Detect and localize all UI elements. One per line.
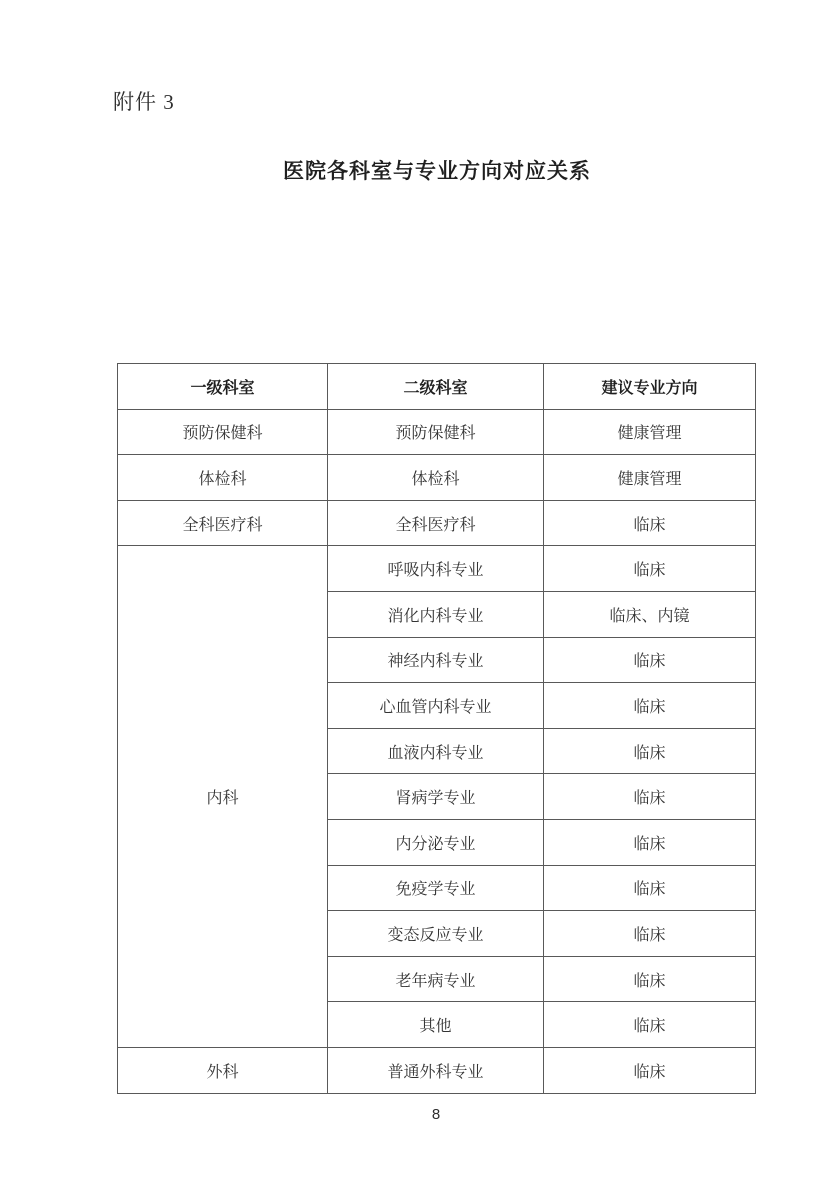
table-row: 全科医疗科 全科医疗科 临床: [118, 500, 756, 546]
table-cell-dept2: 肾病学专业: [328, 774, 544, 820]
table-cell-direction: 临床: [544, 637, 756, 683]
table-cell-direction: 临床: [544, 500, 756, 546]
table-cell-dept2: 呼吸内科专业: [328, 546, 544, 592]
table-row: 预防保健科 预防保健科 健康管理: [118, 409, 756, 455]
header-cell-dept2: 二级科室: [328, 364, 544, 410]
table-cell-direction: 临床: [544, 728, 756, 774]
table-cell-dept2: 神经内科专业: [328, 637, 544, 683]
table-cell-dept2: 免疫学专业: [328, 865, 544, 911]
page-number: 8: [117, 1106, 755, 1123]
table-cell-dept2: 普通外科专业: [328, 1047, 544, 1093]
table-cell-direction: 临床: [544, 1002, 756, 1048]
table-cell-direction: 临床: [544, 1047, 756, 1093]
department-mapping-table: 一级科室 二级科室 建议专业方向 预防保健科 预防保健科 健康管理 体检科 体检…: [117, 363, 756, 1094]
table-cell-dept1: 全科医疗科: [118, 500, 328, 546]
table-cell-dept2: 消化内科专业: [328, 591, 544, 637]
table-cell-direction: 健康管理: [544, 455, 756, 501]
table-row: 体检科 体检科 健康管理: [118, 455, 756, 501]
attachment-label: 附件 3: [113, 86, 175, 116]
table-cell-direction: 临床: [544, 865, 756, 911]
table-cell-direction: 临床: [544, 774, 756, 820]
table-cell-dept2: 心血管内科专业: [328, 683, 544, 729]
table-cell-dept2: 老年病专业: [328, 956, 544, 1002]
table-cell-direction: 健康管理: [544, 409, 756, 455]
table-cell-dept2: 全科医疗科: [328, 500, 544, 546]
table-cell-dept1-merged: 内科: [118, 546, 328, 1048]
table-cell-dept1: 体检科: [118, 455, 328, 501]
table-cell-dept2: 内分泌专业: [328, 819, 544, 865]
header-cell-direction: 建议专业方向: [544, 364, 756, 410]
table-cell-direction: 临床: [544, 546, 756, 592]
table-cell-dept1: 预防保健科: [118, 409, 328, 455]
table-cell-direction: 临床、内镜: [544, 591, 756, 637]
table-cell-dept2: 其他: [328, 1002, 544, 1048]
table-cell-direction: 临床: [544, 819, 756, 865]
table-cell-dept2: 体检科: [328, 455, 544, 501]
table-cell-direction: 临床: [544, 911, 756, 957]
header-cell-dept1: 一级科室: [118, 364, 328, 410]
document-page: { "document": { "attachment_label": "附件 …: [0, 0, 840, 1187]
table-cell-dept2: 变态反应专业: [328, 911, 544, 957]
table-cell-dept1: 外科: [118, 1047, 328, 1093]
table-cell-dept2: 血液内科专业: [328, 728, 544, 774]
table-cell-dept2: 预防保健科: [328, 409, 544, 455]
table-row: 内科 呼吸内科专业 临床: [118, 546, 756, 592]
table-row: 外科 普通外科专业 临床: [118, 1047, 756, 1093]
table-cell-direction: 临床: [544, 956, 756, 1002]
table-header-row: 一级科室 二级科室 建议专业方向: [118, 364, 756, 410]
table-cell-direction: 临床: [544, 683, 756, 729]
page-title: 医院各科室与专业方向对应关系: [117, 155, 757, 185]
